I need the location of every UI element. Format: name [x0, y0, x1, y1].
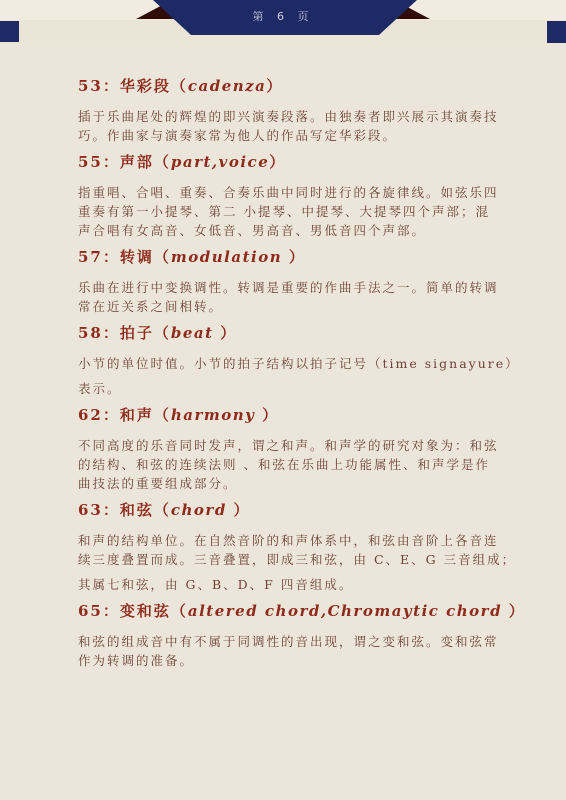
heading-cn-text: 53：华彩段（	[78, 77, 188, 95]
term-section-53-cadenza: 53：华彩段（cadenza） 插于乐曲尾处的辉煌的即兴演奏段落。由独奏者即兴展…	[78, 75, 498, 145]
heading-cn-text: 65：变和弦（	[78, 602, 188, 620]
body-line: 插于乐曲尾处的辉煌的即兴演奏段落。由独奏者即兴展示其演奏技	[78, 107, 498, 126]
heading-cn-text: 57：转调（	[78, 248, 171, 266]
body-line: 声合唱有女高音、女低音、男高音、男低音四个声部。	[78, 221, 498, 240]
body-line: 续三度叠置而成。三音叠置，即成三和弦，由 C、E、G 三音组成；	[78, 550, 498, 569]
section-heading: 57：转调（modulation ）	[78, 246, 498, 268]
body-line: 其属七和弦，由 G、B、D、F 四音组成。	[78, 575, 498, 594]
term-section-65-altered-chord: 65：变和弦（altered chord,Chromaytic chord ） …	[78, 600, 498, 670]
section-heading: 62：和声（harmony ）	[78, 404, 498, 426]
heading-en-text: part,voice	[171, 153, 269, 171]
section-heading: 65：变和弦（altered chord,Chromaytic chord ）	[78, 600, 498, 622]
heading-close-paren: ）	[220, 324, 237, 342]
section-heading: 58：拍子（beat ）	[78, 322, 498, 344]
body-line: 和弦的组成音中有不属于同调性的音出现，谓之变和弦。变和弦常	[78, 632, 498, 651]
heading-close-paren: ）	[262, 406, 279, 424]
body-line: 常在近关系之间相转。	[78, 297, 498, 316]
heading-en-text: cadenza	[188, 77, 267, 95]
right-edge-navy-square	[547, 21, 566, 43]
heading-close-paren: ）	[509, 602, 526, 620]
body-line: 小节的单位时值。小节的拍子结构以拍子记号（time signayure）	[78, 354, 498, 373]
body-line: 表示。	[78, 379, 498, 398]
body-line: 作为转调的准备。	[78, 651, 498, 670]
heading-cn-text: 62：和声（	[78, 406, 171, 424]
body-line: 乐曲在进行中变换调性。转调是重要的作曲手法之一。简单的转调	[78, 278, 498, 297]
heading-cn-text: 63：和弦（	[78, 501, 171, 519]
left-edge-navy-square	[0, 21, 19, 42]
heading-en-text: chord	[171, 501, 234, 519]
body-line: 指重唱、合唱、重奏、合奏乐曲中同时进行的各旋律线。如弦乐四	[78, 183, 498, 202]
page-number-label: 第 6 页	[130, 8, 436, 24]
document-page: { "header": { "page_label": "第 6 页" }, "…	[0, 0, 566, 800]
term-section-57-modulation: 57：转调（modulation ） 乐曲在进行中变换调性。转调是重要的作曲手法…	[78, 246, 498, 316]
heading-close-paren: ）	[269, 153, 286, 171]
heading-en-text: modulation	[171, 248, 289, 266]
term-section-63-chord: 63：和弦（chord ） 和声的结构单位。在自然音阶的和声体系中，和弦由音阶上…	[78, 499, 498, 594]
body-line: 和声的结构单位。在自然音阶的和声体系中，和弦由音阶上各音连	[78, 531, 498, 550]
glossary-content: 53：华彩段（cadenza） 插于乐曲尾处的辉煌的即兴演奏段落。由独奏者即兴展…	[78, 75, 498, 676]
heading-close-paren: ）	[289, 248, 306, 266]
section-heading: 53：华彩段（cadenza）	[78, 75, 498, 97]
section-heading: 55：声部（part,voice）	[78, 151, 498, 173]
heading-close-paren: ）	[234, 501, 251, 519]
term-section-62-harmony: 62：和声（harmony ） 不同高度的乐音同时发声，谓之和声。和声学的研究对…	[78, 404, 498, 493]
heading-en-text: beat	[171, 324, 220, 342]
heading-en-text: harmony	[171, 406, 262, 424]
heading-cn-text: 58：拍子（	[78, 324, 171, 342]
body-line: 重奏有第一小提琴、第二 小提琴、中提琴、大提琴四个声部；混	[78, 202, 498, 221]
term-section-55-part-voice: 55：声部（part,voice） 指重唱、合唱、重奏、合奏乐曲中同时进行的各旋…	[78, 151, 498, 240]
section-heading: 63：和弦（chord ）	[78, 499, 498, 521]
term-section-58-beat: 58：拍子（beat ） 小节的单位时值。小节的拍子结构以拍子记号（time s…	[78, 322, 498, 398]
body-line: 不同高度的乐音同时发声，谓之和声。和声学的研究对象为：和弦	[78, 436, 498, 455]
body-line: 的结构、和弦的连续法则 、和弦在乐曲上功能属性、和声学是作	[78, 455, 498, 474]
heading-en-text: altered chord,Chromaytic chord	[188, 602, 509, 620]
body-line: 巧。作曲家与演奏家常为他人的作品写定华彩段。	[78, 126, 498, 145]
body-line: 曲技法的重要组成部分。	[78, 474, 498, 493]
heading-close-paren: ）	[266, 77, 283, 95]
heading-cn-text: 55：声部（	[78, 153, 171, 171]
